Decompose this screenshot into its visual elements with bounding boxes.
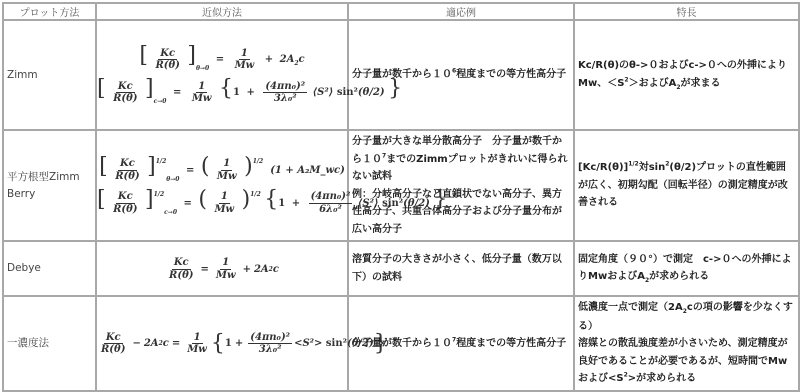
formula-cell: [ KcR(θ) ]θ→0 = 1Mw + 2A2c [ KcR(θ) ]c→0… <box>96 20 348 130</box>
table-row-berry: 平方根型Zimm Berry [ KcR(θ) ]1/2θ→0 = ( 1Mw … <box>3 130 799 241</box>
feature-cell: [Kc/R(θ)]1/2対sin2(θ/2)プロットの直性範囲が広く、初期勾配（… <box>574 130 799 241</box>
feature-cell: 低濃度一点で測定（2A2cの項の影響を少なくする） 溶媒との散乱強度差が小さいた… <box>574 296 799 391</box>
debye-equation: KcR(θ) = 1Mw + 2A2c <box>165 257 279 281</box>
example-cell: 溶質分子の大きさが小さく、低分子量（数万以下）の試料 <box>348 241 574 296</box>
example-cell: 分子量が数千から１０6程度までの等方性高分子 <box>348 20 574 130</box>
example-cell: 分子量が数千から１０7程度までの等方性高分子 <box>348 296 574 391</box>
berry-equation-theta: [ KcR(θ) ]1/2θ→0 = ( 1Mw )1/2 (1 + A₂M_w… <box>97 156 347 183</box>
formula-cell: KcR(θ) = 1Mw + 2A2c <box>96 241 348 296</box>
table-row-debye: Debye KcR(θ) = 1Mw + 2A2c 溶質分子の大きさが小さく、低… <box>3 241 799 296</box>
formula-cell: KcR(θ) − 2A2c = 1Mw {1 + (4πn₀)²3λ₀² <S²… <box>96 296 348 391</box>
table-row-zimm: Zimm [ KcR(θ) ]θ→0 = 1Mw + 2A2c [ KcR(θ)… <box>3 20 799 130</box>
method-cell: 平方根型Zimm Berry <box>3 130 96 241</box>
zimm-equation-theta: [ KcR(θ) ]θ→0 = 1Mw + 2A2c <box>97 45 347 72</box>
header-application-example: 適応例 <box>348 3 574 20</box>
method-cell: Zimm <box>3 20 96 130</box>
method-cell: Debye <box>3 241 96 296</box>
formula-cell: [ KcR(θ) ]1/2θ→0 = ( 1Mw )1/2 (1 + A₂M_w… <box>96 130 348 241</box>
header-plot-method: プロット方法 <box>3 3 96 20</box>
feature-cell: 固定角度（９０°）で測定 c->０への外挿によりMwおよびA2が求められる <box>574 241 799 296</box>
method-cell: 一濃度法 <box>3 296 96 391</box>
zimm-equation-concentration: [ KcR(θ) ]c→0 = 1Mw {1 + (4πn₀)²3λ₀² ⟨S²… <box>97 78 347 105</box>
example-cell: 分子量が大きな単分散高分子 分子量が数千から１０7までのZimmプロットがきれい… <box>348 130 574 241</box>
header-features: 特長 <box>574 3 799 20</box>
feature-cell: Kc/R(θ)のθ->０およびc->０への外挿により Mw、＜S2＞およびA2が… <box>574 20 799 130</box>
header-row: プロット方法 近似方法 適応例 特長 <box>3 3 799 20</box>
single-concentration-equation: KcR(θ) − 2A2c = 1Mw {1 + (4πn₀)²3λ₀² <S²… <box>97 332 388 356</box>
light-scattering-plot-table: プロット方法 近似方法 適応例 特長 Zimm [ KcR(θ) ]θ→0 = … <box>2 2 800 392</box>
berry-equation-concentration: [ KcR(θ) ]1/2c→0 = ( 1Mw )1/2 {1 + (4πn₀… <box>97 189 347 216</box>
table-row-single-concentration: 一濃度法 KcR(θ) − 2A2c = 1Mw {1 + (4πn₀)²3λ₀… <box>3 296 799 391</box>
header-approximation: 近似方法 <box>96 3 348 20</box>
